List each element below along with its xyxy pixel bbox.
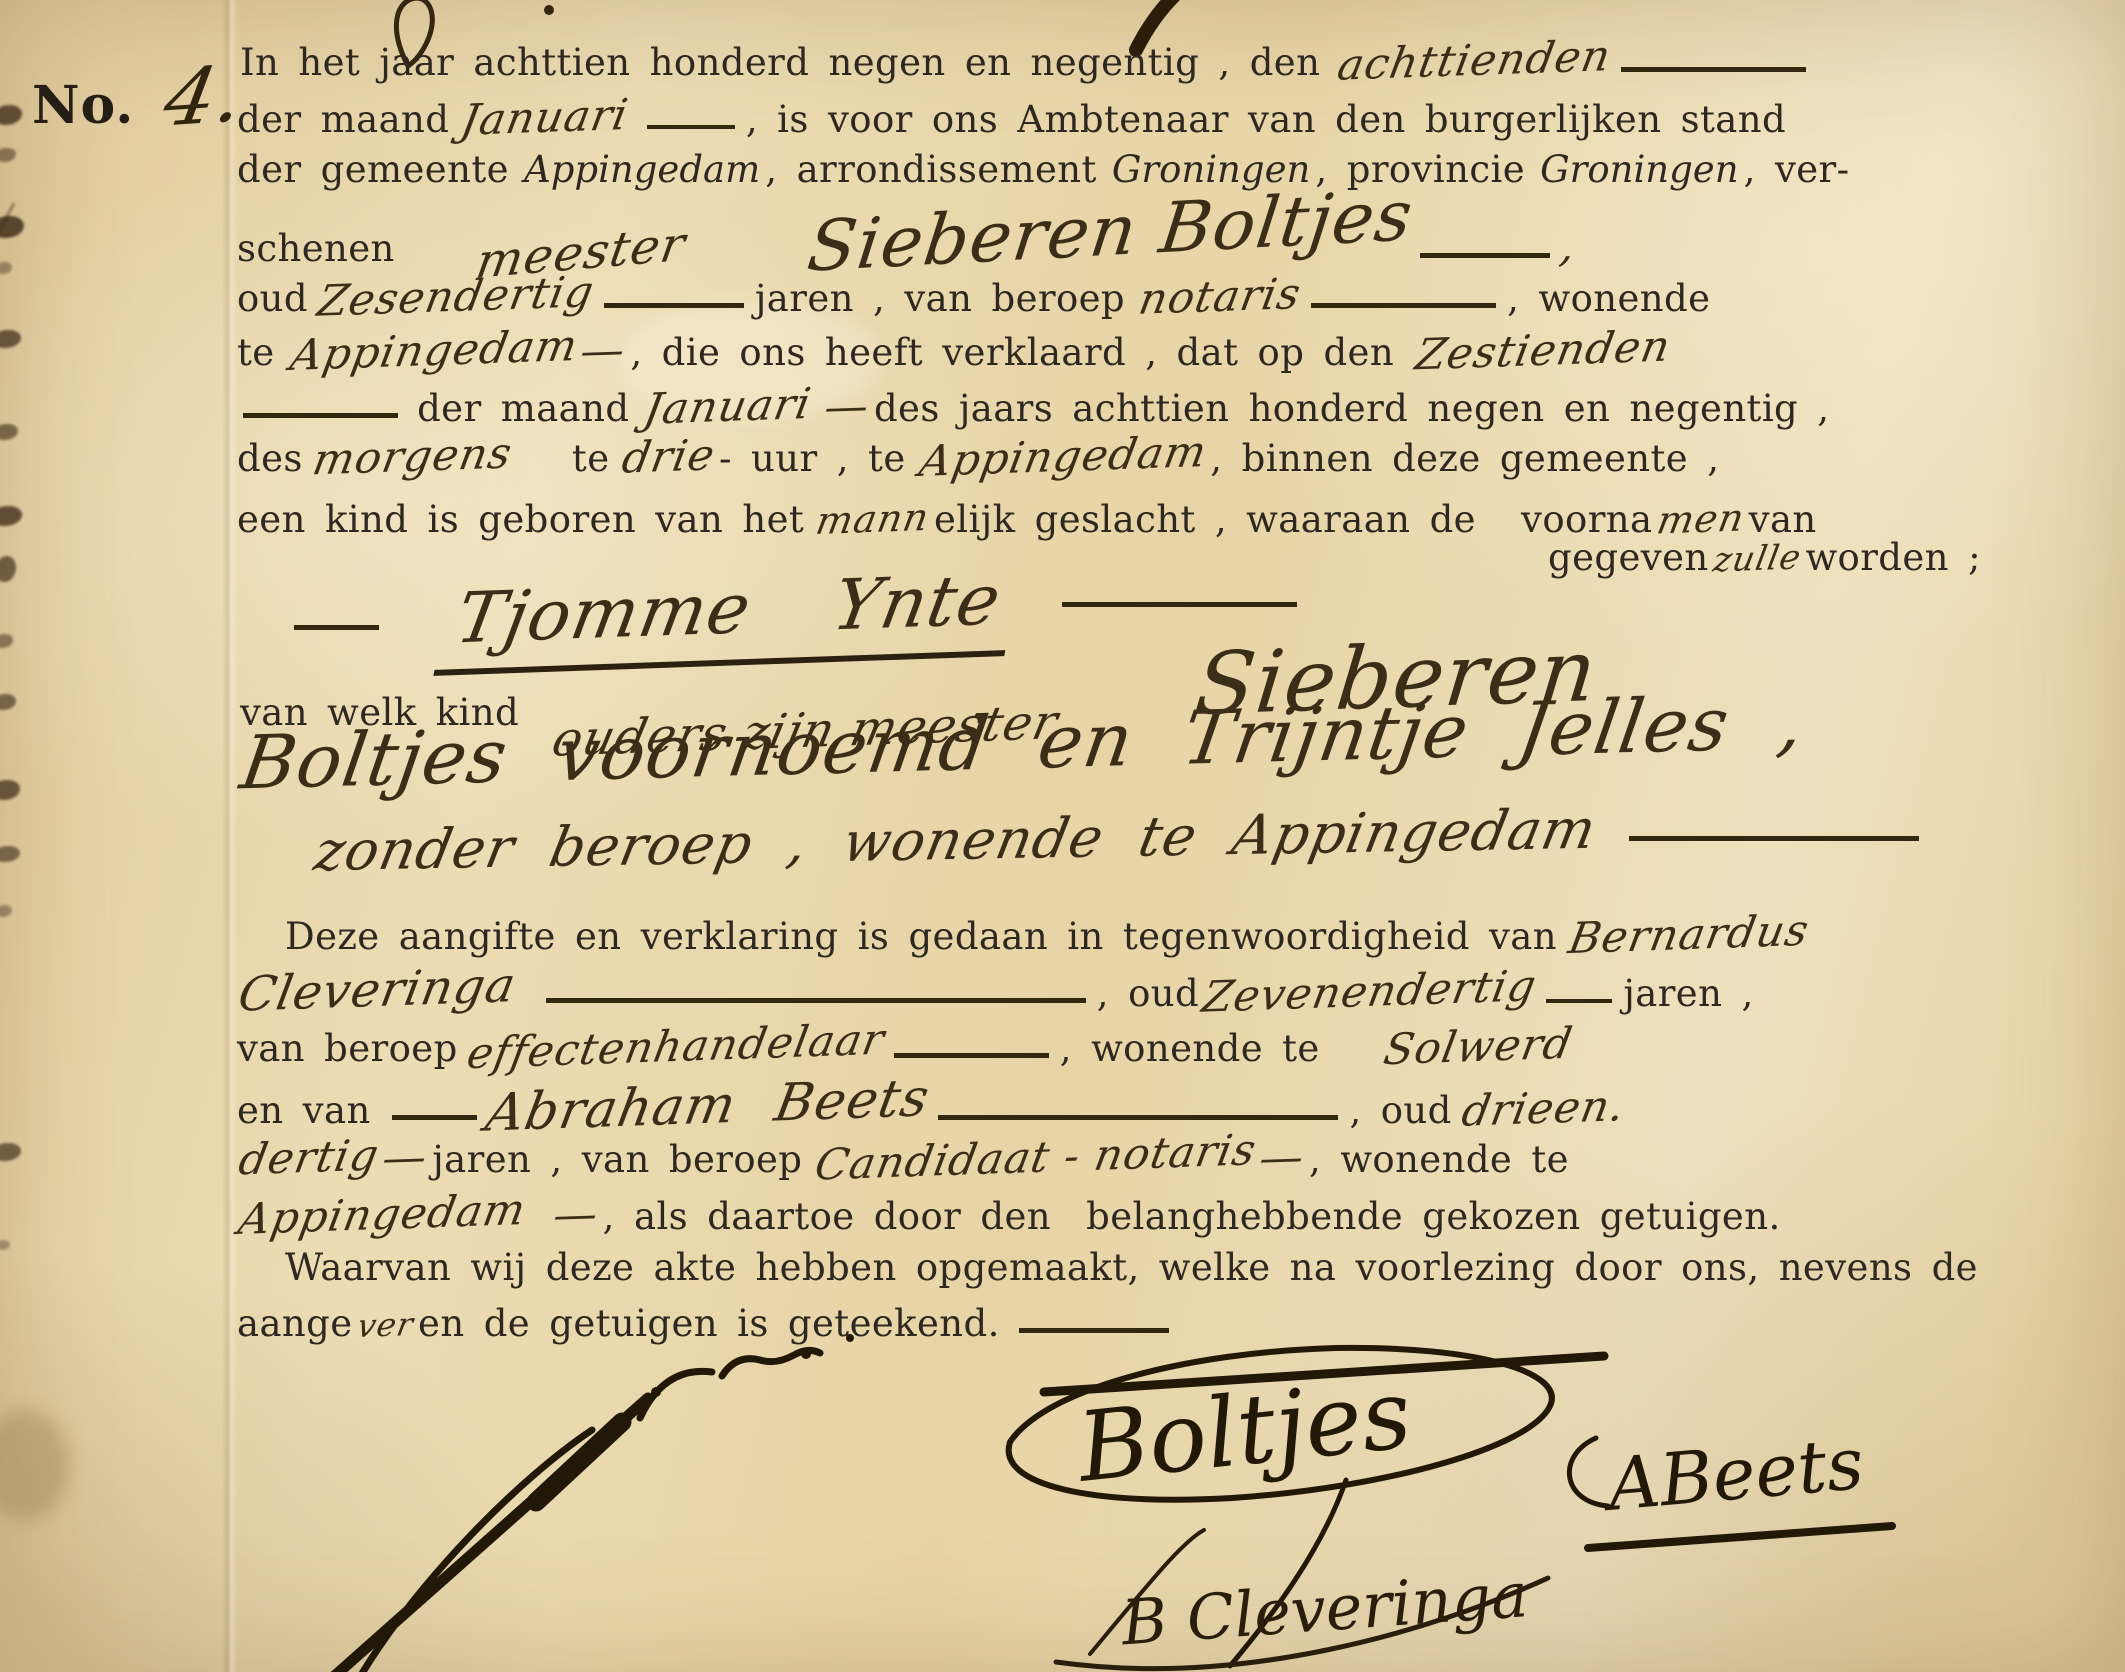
ink-bleed-blot	[0, 506, 22, 526]
ink-bleed-blot	[0, 694, 16, 710]
printed-fragment: In het jaar achttien honderd negen en ne…	[240, 41, 1320, 84]
ink-bleed-blot	[0, 780, 20, 800]
printed-fragment: , is voor ons Ambtenaar van den burgerli…	[746, 98, 1786, 141]
handwritten-comma: ,	[1557, 222, 1581, 272]
printed-fragment: , wonende	[1507, 277, 1710, 320]
printed-fragment: , wonende te	[1309, 1138, 1569, 1181]
ink-bleed-blot	[0, 330, 21, 348]
printed-fragment: , oud	[1349, 1089, 1451, 1132]
ink-bleed-blot	[0, 634, 13, 648]
line-mother-profession: zonder beroep , wonende te Appingedam	[318, 808, 1925, 872]
handwritten-dash: —	[379, 1132, 432, 1184]
printed-fragment: , oud	[1097, 972, 1199, 1015]
printed-fragment: des jaars achttien honderd negen en nege…	[874, 387, 1830, 430]
handwritten-birth-day: Zestienden	[1412, 322, 1675, 381]
printed-fragment: schenen	[237, 227, 395, 270]
line-birth-month-year: der maand Januari — des jaars achttien h…	[237, 382, 1829, 432]
fill-line	[1546, 991, 1612, 1003]
handwritten-witness1-residence: Solwerd	[1380, 1019, 1577, 1075]
line-witness2-name: en van Abraham Beets , oud drieen.	[237, 1076, 1624, 1136]
fill-line	[1420, 245, 1550, 258]
printed-fragment: , arrondissement	[765, 148, 1097, 191]
line-given-names-clause: gegeven zulle worden ;	[1548, 536, 1981, 579]
fill-line	[938, 1107, 1338, 1120]
printed-fragment: , die ons heeft verklaard , dat op den	[630, 331, 1394, 374]
act-number-label: No.	[32, 75, 134, 136]
printed-fragment: van beroep	[237, 1027, 458, 1070]
printed-fragment: te	[572, 437, 610, 480]
handwritten-sex-prefix: mann	[813, 495, 933, 543]
ink-bleed-blot	[0, 202, 16, 244]
printed-fragment: jaren , van beroep	[755, 277, 1125, 320]
printed-fragment: te	[237, 331, 275, 374]
line-gemeente: der gemeente Appingedam , arrondissement…	[237, 148, 1850, 191]
handwritten-witness2-age2: dertig	[235, 1131, 383, 1186]
line-child-sex: een kind is geboren van het mann elijk g…	[237, 497, 1817, 541]
printed-fragment: een kind is geboren van het	[237, 498, 804, 541]
fill-line	[392, 1107, 477, 1120]
printed-fragment: des	[237, 437, 303, 480]
fill-line	[604, 295, 744, 308]
handwritten-day: achttienden	[1334, 31, 1615, 90]
line-witness2-residence: Appingedam — , als daartoe door den bela…	[240, 1190, 1781, 1240]
handwritten-dash: —	[577, 325, 630, 377]
printed-fragment: voorna	[1521, 498, 1652, 541]
handwritten-dash: —	[1255, 1132, 1308, 1184]
ink-bleed-blot	[0, 1143, 21, 1161]
handwritten-birth-place: Appingedam	[915, 427, 1210, 487]
fill-line	[1629, 828, 1919, 841]
printed-fragment: jaren ,	[1623, 972, 1753, 1015]
handwritten-mother-profession: zonder beroep , wonende te Appingedam	[309, 797, 1601, 883]
fill-line	[1621, 59, 1806, 72]
handwritten-month: Januari	[457, 90, 632, 146]
line-residence-declaration: te Appingedam — , die ons heeft verklaar…	[237, 326, 1669, 376]
fill-line	[294, 617, 379, 630]
witness1-signature: B Cleveringa	[1056, 1530, 1548, 1669]
fill-line	[1062, 594, 1297, 607]
printed-fragment: Deze aangifte en verklaring is gedaan in…	[285, 915, 1557, 958]
handwritten-correction: zulle	[1710, 537, 1804, 580]
handwritten-declarant-name: Sieberen Boltjes	[803, 174, 1417, 287]
line-witness-intro: Deze aangifte en verklaring is gedaan in…	[285, 910, 1808, 960]
line-age-profession: oud Zesendertig jaren , van beroep notar…	[237, 272, 1710, 322]
printed-fragment: oud	[237, 277, 308, 320]
handwritten-birth-month: Januari	[640, 379, 815, 435]
ink-bleed-blot	[0, 846, 20, 862]
fill-line	[1311, 295, 1496, 308]
handwritten-profession: notaris	[1135, 269, 1305, 325]
ink-bleed-blot	[0, 262, 12, 274]
signatures-block: Boltjes B Cleveringa ABeets	[0, 1280, 2125, 1672]
printed-fragment: der maand	[237, 98, 449, 141]
birth-certificate-scan: { "meta": { "document_type": "geboorteak…	[0, 0, 2125, 1672]
handwritten-witness1-firstname: Bernardus	[1565, 906, 1813, 964]
printed-province: Groningen	[1540, 148, 1738, 191]
fill-line	[647, 117, 735, 129]
act-number-block: No. 4.	[32, 52, 242, 142]
printed-fragment: belanghebbende gekozen getuigen.	[1086, 1195, 1781, 1238]
printed-fragment: worden ;	[1805, 536, 1980, 579]
handwritten-dash: —	[820, 381, 873, 433]
printed-fragment: - uur , te	[719, 437, 906, 480]
line-year-and-day: In het jaar achttien honderd negen en ne…	[240, 36, 1812, 86]
handwritten-witness1-age: Zevenendertig	[1199, 961, 1541, 1023]
ink-bleed-blot	[0, 556, 16, 582]
handwritten-witness2-profession: Candidaat - notaris	[812, 1125, 1261, 1190]
handwritten-dash: —	[549, 1189, 602, 1241]
handwritten-witness1-profession: effectenhandelaar	[463, 1015, 889, 1079]
ink-bleed-blot	[0, 148, 16, 162]
printed-municipality: Appingedam	[524, 148, 760, 191]
printed-fragment: van	[1749, 498, 1817, 541]
handwritten-age: Zesendertig	[314, 267, 598, 327]
printed-fragment: elijk geslacht , waaraan de	[934, 498, 1476, 541]
line-witness1-profession: van beroep effectenhandelaar , wonende t…	[237, 1022, 1571, 1072]
handwritten-witness2-age1: drieen.	[1458, 1081, 1629, 1137]
line-witness2-age-profession: dertig — jaren , van beroep Candidaat - …	[240, 1133, 1569, 1183]
line-parents-names: Boltjes voornoemd en Trijntje Jelles ,	[245, 700, 1801, 786]
handwritten-residence: Appingedam	[286, 321, 581, 381]
witness2-signature-text: ABeets	[1598, 1421, 1866, 1528]
ink-bleed-blot	[0, 424, 18, 440]
printed-fragment: , binnen deze gemeente ,	[1210, 437, 1719, 480]
handwritten-witness1-surname: Cleveringa	[234, 957, 520, 1023]
printed-fragment: jaren , van beroep	[432, 1138, 802, 1181]
ink-bleed-blot	[0, 905, 12, 917]
line-month: der maand Januari , is voor ons Ambtenaa…	[237, 93, 1786, 143]
witness2-signature: ABeets	[1569, 1421, 1892, 1548]
ink-bleed-blot	[0, 1240, 10, 1250]
printed-fragment: , wonende te	[1060, 1027, 1320, 1070]
signature-flourish	[1569, 1438, 1608, 1506]
handwritten-hour: drie	[618, 430, 719, 483]
fill-line	[243, 405, 398, 418]
line-witness1-age: Cleveringa , oud Zevenendertig jaren ,	[240, 962, 1754, 1018]
handwritten-witness2-residence: Appingedam	[235, 1185, 530, 1245]
printed-fragment: , ver-	[1744, 148, 1850, 191]
printed-fragment: en van	[237, 1089, 371, 1132]
ink-bleed-blot	[0, 216, 24, 238]
printed-fragment: gegeven	[1548, 536, 1709, 579]
line-birth-time-place: des morgens te drie - uur , te Appingeda…	[237, 432, 1719, 482]
printed-fragment: der gemeente	[237, 148, 509, 191]
printed-fragment: , als daartoe door den	[603, 1195, 1051, 1238]
signature-underline	[1588, 1526, 1892, 1548]
line-declarant-name: schenen meester Sieberen Boltjes ,	[237, 196, 1576, 278]
fill-line	[894, 1045, 1049, 1058]
registrar-signature	[330, 1334, 854, 1672]
fill-line	[546, 990, 1086, 1003]
printed-fragment: der maand	[417, 387, 629, 430]
ink-dot	[544, 5, 554, 15]
ink-bleed-blot	[0, 105, 22, 125]
handwritten-daypart: morgens	[309, 429, 516, 486]
